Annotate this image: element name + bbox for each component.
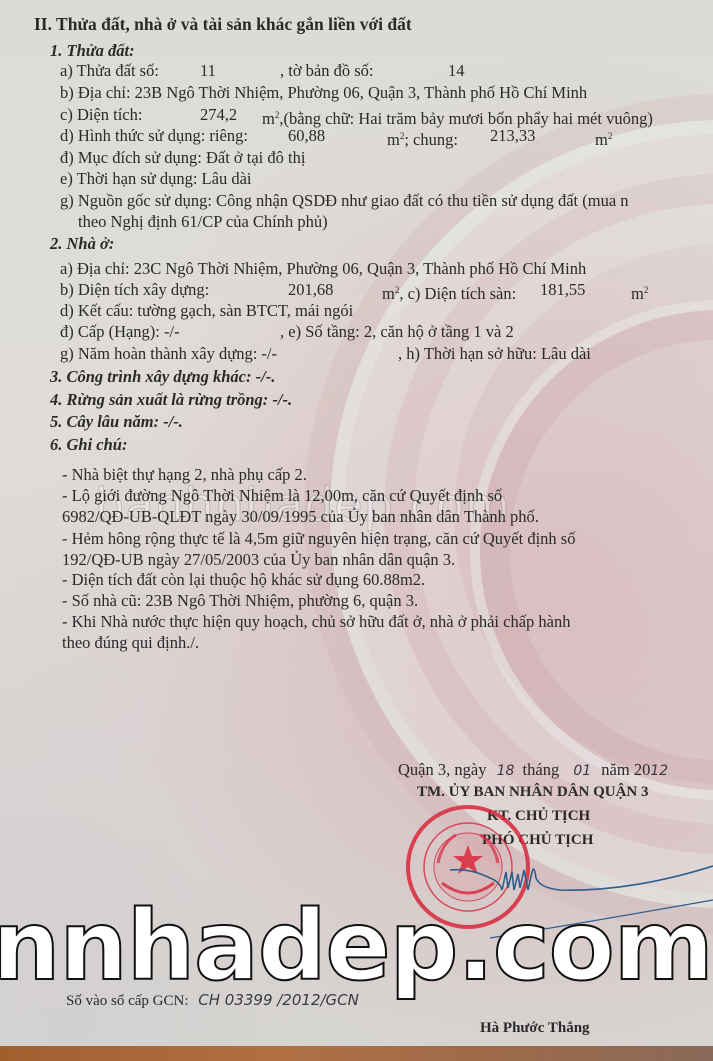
land-area-label: c) Diện tích: bbox=[60, 105, 142, 124]
date-prefix: Quận 3, ngày bbox=[398, 760, 486, 779]
wooden-table-edge bbox=[0, 1046, 713, 1061]
issuing-organization: TM. ỦY BAN NHÂN DÂN QUẬN 3 bbox=[417, 782, 649, 802]
note-line: theo đúng qui định./. bbox=[62, 633, 199, 653]
house-floors: , e) Số tầng: 2, căn hộ ở tầng 1 và 2 bbox=[280, 322, 514, 342]
shared-area-unit: m bbox=[595, 130, 608, 149]
house-address: a) Địa chỉ: 23C Ngô Thời Nhiệm, Phường 0… bbox=[60, 259, 586, 279]
shared-area-label: ; chung: bbox=[404, 130, 458, 149]
private-area-unit: m bbox=[387, 130, 400, 149]
land-heading: 1. Thửa đất: bbox=[50, 41, 135, 61]
note-line: - Hẻm hông rộng thực tế là 4,5m giữ nguy… bbox=[62, 529, 575, 549]
private-area-value: 60,88 bbox=[288, 126, 325, 146]
house-heading: 2. Nhà ở: bbox=[50, 234, 114, 254]
note-line: - Nhà biệt thự hạng 2, nhà phụ cấp 2. bbox=[62, 465, 307, 485]
issue-date: Quận 3, ngày 18 tháng 01 năm 2012 bbox=[398, 760, 668, 781]
note-line: - Số nhà cũ: 23B Ngô Thời Nhiệm, phường … bbox=[62, 591, 418, 611]
usage-form-label: d) Hình thức sử dụng: riêng: bbox=[60, 126, 248, 145]
land-area-row: c) Diện tích: 274,2 m2,(bằng chữ: Hai tr… bbox=[60, 105, 142, 125]
ownership-term: , h) Thời hạn sở hữu: Lâu dài bbox=[398, 344, 591, 364]
build-area-label: b) Diện tích xây dựng: bbox=[60, 280, 209, 299]
completion-year: g) Năm hoàn thành xây dựng: -/- bbox=[60, 344, 277, 363]
land-purpose: đ) Mục đích sử dụng: Đất ở tại đô thị bbox=[60, 148, 305, 168]
house-grade-row: đ) Cấp (Hạng): -/- , e) Số tầng: 2, căn … bbox=[60, 322, 180, 342]
floor-area-value: 181,55 bbox=[540, 280, 585, 300]
floor-area-unit: m bbox=[631, 284, 644, 303]
house-area-row: b) Diện tích xây dựng: 201,68 m2, c) Diệ… bbox=[60, 280, 209, 300]
note-line: - Khi Nhà nước thực hiện quy hoạch, chủ … bbox=[62, 612, 570, 632]
note-line: - Diện tích đất còn lại thuộc hộ khác sử… bbox=[62, 570, 425, 590]
issue-year-suffix: 12 bbox=[650, 763, 668, 779]
notes-heading: 6. Ghi chú: bbox=[50, 435, 127, 455]
production-forest: 4. Rừng sản xuất là rừng trồng: -/-. bbox=[50, 390, 292, 410]
parcel-number-label: a) Thửa đất số: bbox=[60, 61, 159, 80]
house-structure: d) Kết cấu: tường gạch, sàn BTCT, mái ng… bbox=[60, 301, 353, 321]
house-grade: đ) Cấp (Hạng): -/- bbox=[60, 322, 180, 341]
land-term: e) Thời hạn sử dụng: Lâu dài bbox=[60, 169, 252, 189]
land-area-value: 274,2 bbox=[200, 105, 237, 125]
map-sheet-value: 14 bbox=[448, 61, 465, 81]
year-label: năm 20 bbox=[601, 760, 650, 779]
section-title: II. Thửa đất, nhà ở và tài sản khác gắn … bbox=[34, 14, 412, 34]
note-line: 6982/QĐ-UB-QLĐT ngày 30/09/1995 của Ủy b… bbox=[62, 507, 539, 527]
usage-form-row: d) Hình thức sử dụng: riêng: 60,88 m2; c… bbox=[60, 126, 248, 146]
house-completion-row: g) Năm hoàn thành xây dựng: -/- , h) Thờ… bbox=[60, 344, 277, 364]
build-area-unit: m bbox=[382, 284, 395, 303]
note-line: 192/QĐ-UB ngày 27/05/2003 của Ủy ban nhâ… bbox=[62, 550, 455, 570]
land-address: b) Địa chỉ: 23B Ngô Thời Nhiệm, Phường 0… bbox=[60, 83, 587, 103]
issue-month: 01 bbox=[573, 763, 591, 779]
land-origin-line-2: theo Nghị định 61/CP của Chính phủ) bbox=[78, 212, 328, 232]
parcel-number-value: 11 bbox=[200, 61, 216, 81]
land-area-unit: m bbox=[262, 109, 275, 128]
issue-day: 18 bbox=[497, 763, 515, 779]
land-origin-line-1: g) Nguồn gốc sử dụng: Công nhận QSDĐ như… bbox=[60, 191, 629, 211]
map-sheet-label: , tờ bản đồ số: bbox=[280, 61, 374, 81]
month-label: tháng bbox=[523, 760, 560, 779]
certificate-page: II. Thửa đất, nhà ở và tài sản khác gắn … bbox=[0, 0, 713, 1048]
build-area-value: 201,68 bbox=[288, 280, 333, 300]
shared-area-value: 213,33 bbox=[490, 126, 535, 146]
site-watermark: nnhadep.com bbox=[0, 896, 713, 996]
note-line: - Lộ giới đường Ngô Thời Nhiệm là 12,00m… bbox=[62, 486, 502, 506]
signer-name: Hà Phước Thắng bbox=[480, 1018, 590, 1038]
other-construction: 3. Công trình xây dựng khác: -/-. bbox=[50, 367, 275, 387]
perennial-trees: 5. Cây lâu năm: -/-. bbox=[50, 412, 183, 432]
land-parcel-number-row: a) Thửa đất số: 11 , tờ bản đồ số: 14 bbox=[60, 61, 159, 81]
floor-area-label: , c) Diện tích sàn: bbox=[399, 284, 516, 303]
